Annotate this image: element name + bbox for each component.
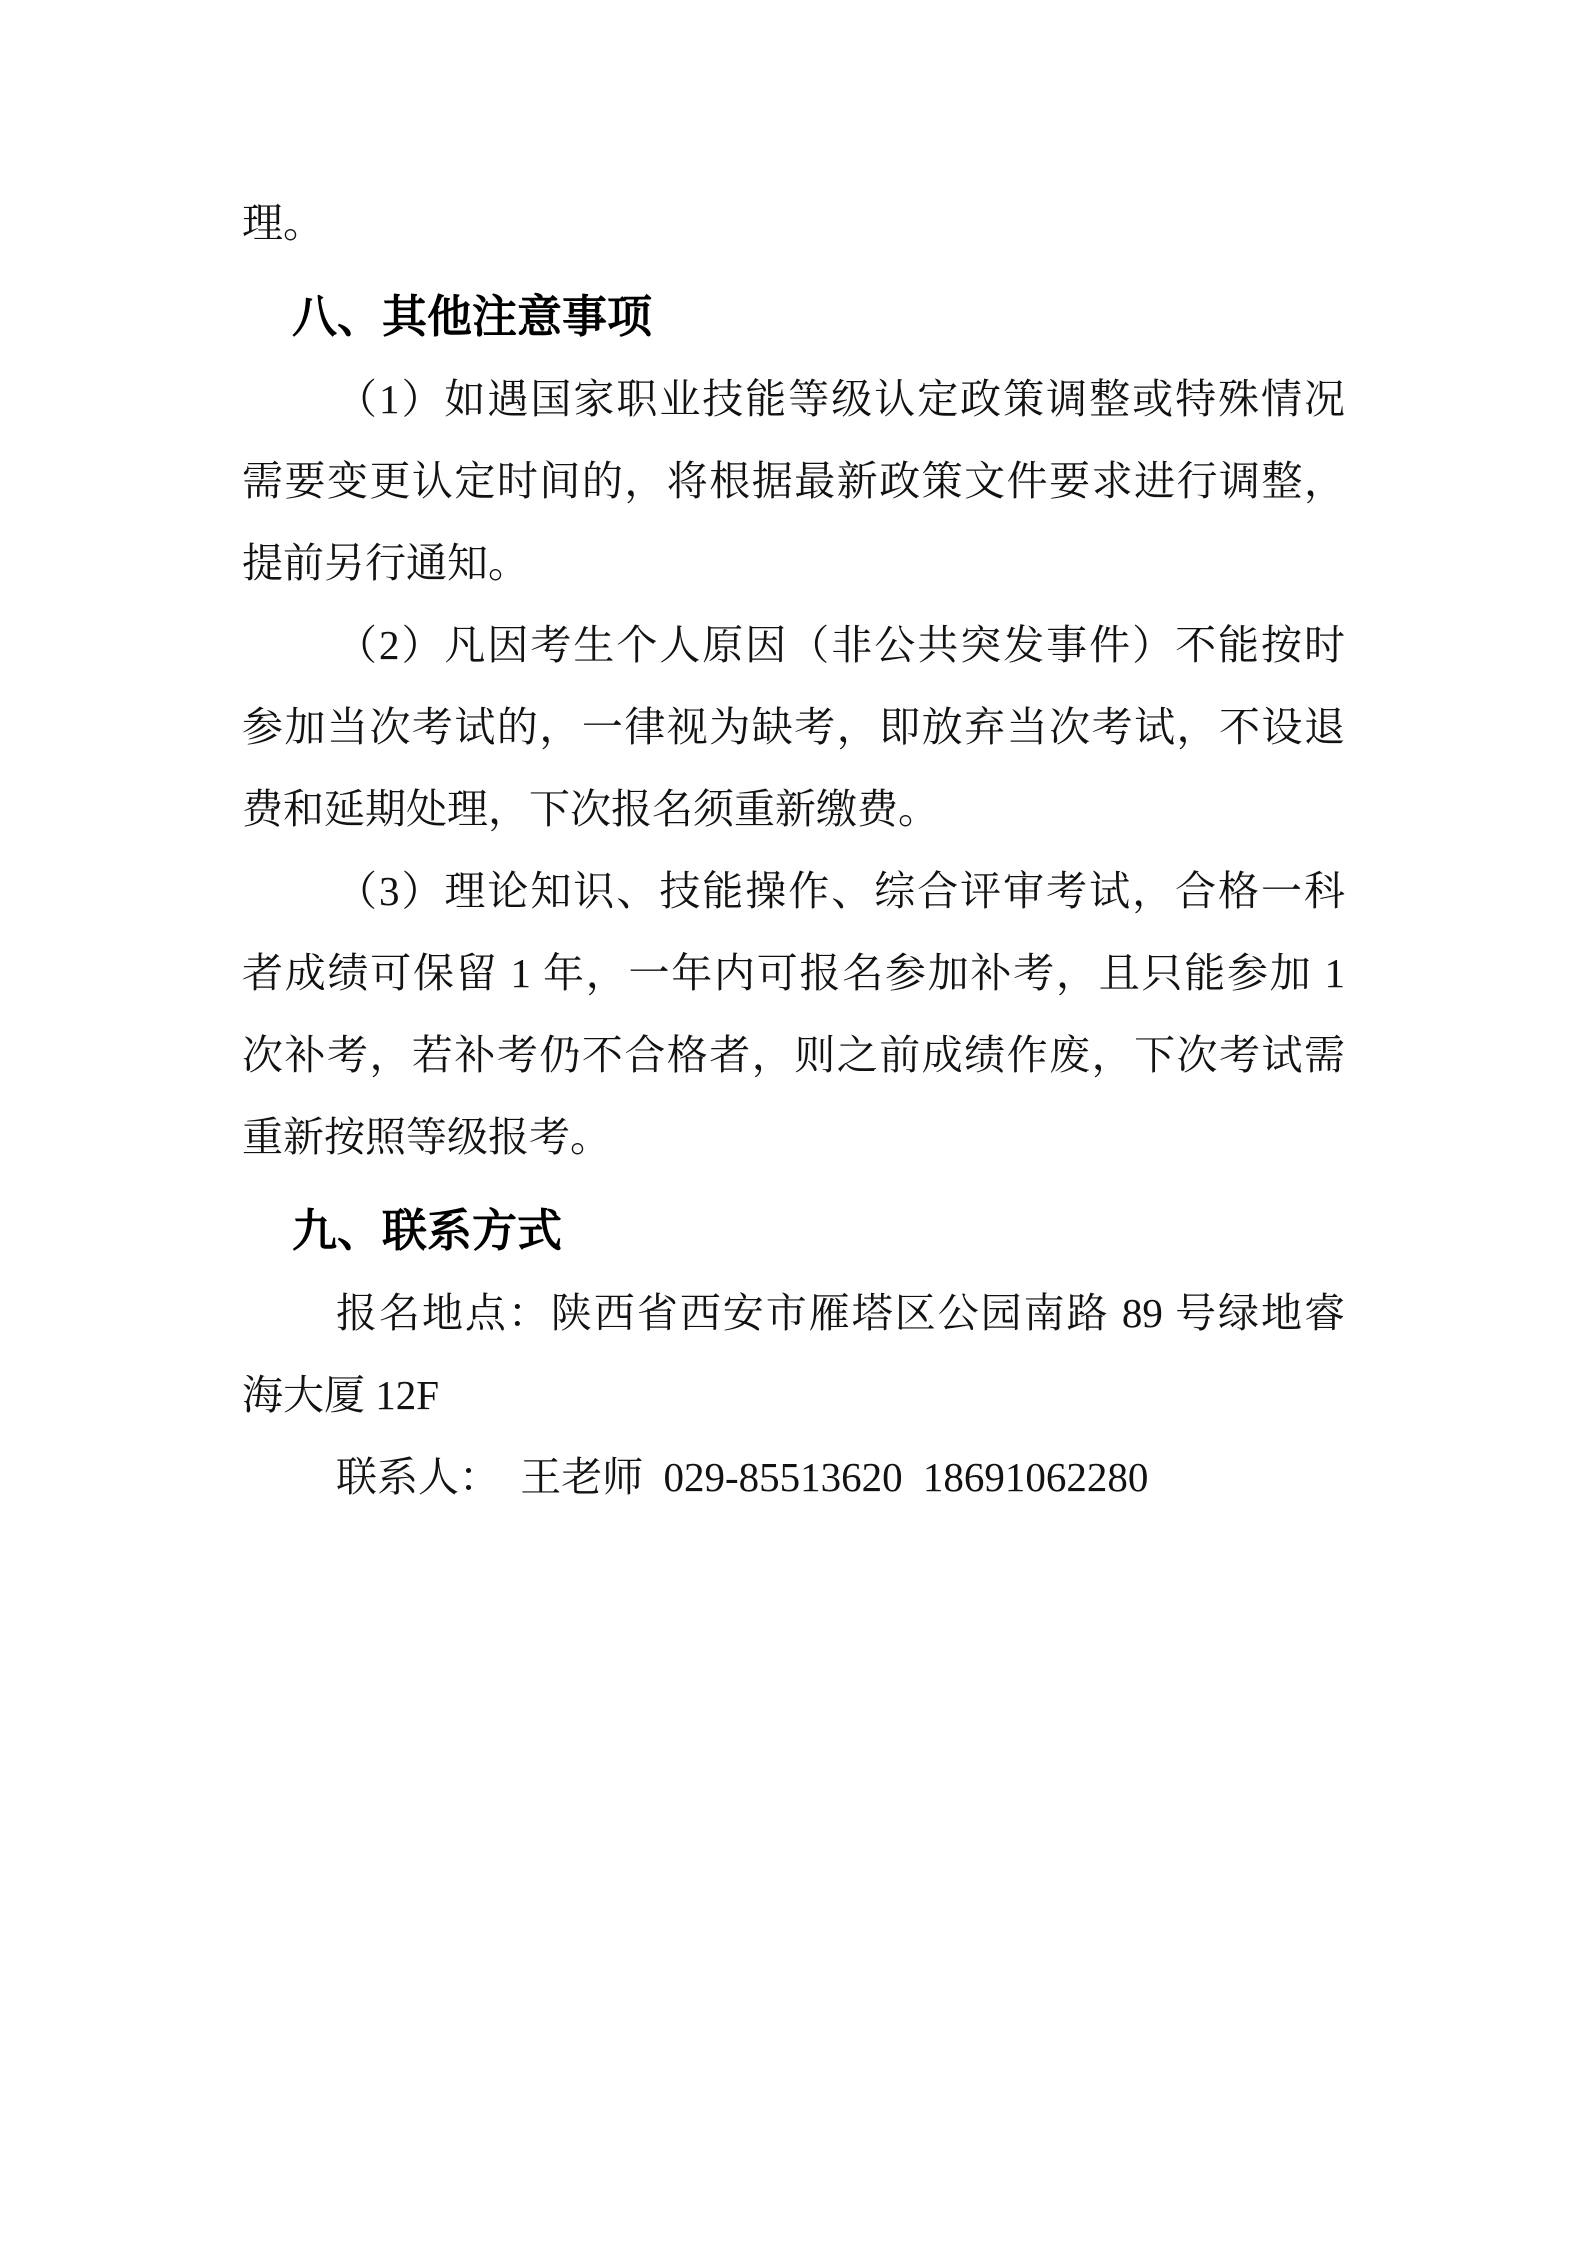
text-line: （1）如遇国家职业技能等级认定政策调整或特殊情况: [242, 358, 1345, 440]
text-line: 提前另行通知。: [242, 522, 1345, 604]
text-line: 者成绩可保留 1 年，一年内可报名参加补考，且只能参加 1: [242, 932, 1345, 1014]
section-heading-9: 九、联系方式: [292, 1190, 1345, 1272]
section-heading-8: 八、其他注意事项: [292, 276, 1345, 358]
contact-person-line: 联系人： 王老师 029-85513620 18691062280: [242, 1436, 1345, 1518]
registration-address-line: 报名地点：陕西省西安市雁塔区公园南路 89 号绿地睿: [242, 1272, 1345, 1354]
carryover-paragraph: 理。: [242, 182, 1345, 264]
registration-address-line: 海大厦 12F: [242, 1354, 1345, 1436]
text-line: （3）理论知识、技能操作、综合评审考试，合格一科: [242, 850, 1345, 932]
paragraph-contact: 联系人： 王老师 029-85513620 18691062280: [242, 1436, 1345, 1518]
text-line: 费和延期处理，下次报名须重新缴费。: [242, 768, 1345, 850]
text-line: （2）凡因考生个人原因（非公共突发事件）不能按时: [242, 604, 1345, 686]
text-line: 重新按照等级报考。: [242, 1096, 1345, 1178]
document-page: 理。 八、其他注意事项 （1）如遇国家职业技能等级认定政策调整或特殊情况 需要变…: [0, 0, 1587, 2245]
text-line: 参加当次考试的，一律视为缺考，即放弃当次考试，不设退: [242, 686, 1345, 768]
paragraph-address: 报名地点：陕西省西安市雁塔区公园南路 89 号绿地睿 海大厦 12F: [242, 1272, 1345, 1436]
paragraph-notice-1: （1）如遇国家职业技能等级认定政策调整或特殊情况 需要变更认定时间的，将根据最新…: [242, 358, 1345, 604]
text-line: 次补考，若补考仍不合格者，则之前成绩作废，下次考试需: [242, 1014, 1345, 1096]
paragraph-notice-2: （2）凡因考生个人原因（非公共突发事件）不能按时 参加当次考试的，一律视为缺考，…: [242, 604, 1345, 850]
paragraph-notice-3: （3）理论知识、技能操作、综合评审考试，合格一科 者成绩可保留 1 年，一年内可…: [242, 850, 1345, 1178]
text-line: 需要变更认定时间的，将根据最新政策文件要求进行调整，: [242, 440, 1345, 522]
text-line: 理。: [242, 182, 1345, 264]
